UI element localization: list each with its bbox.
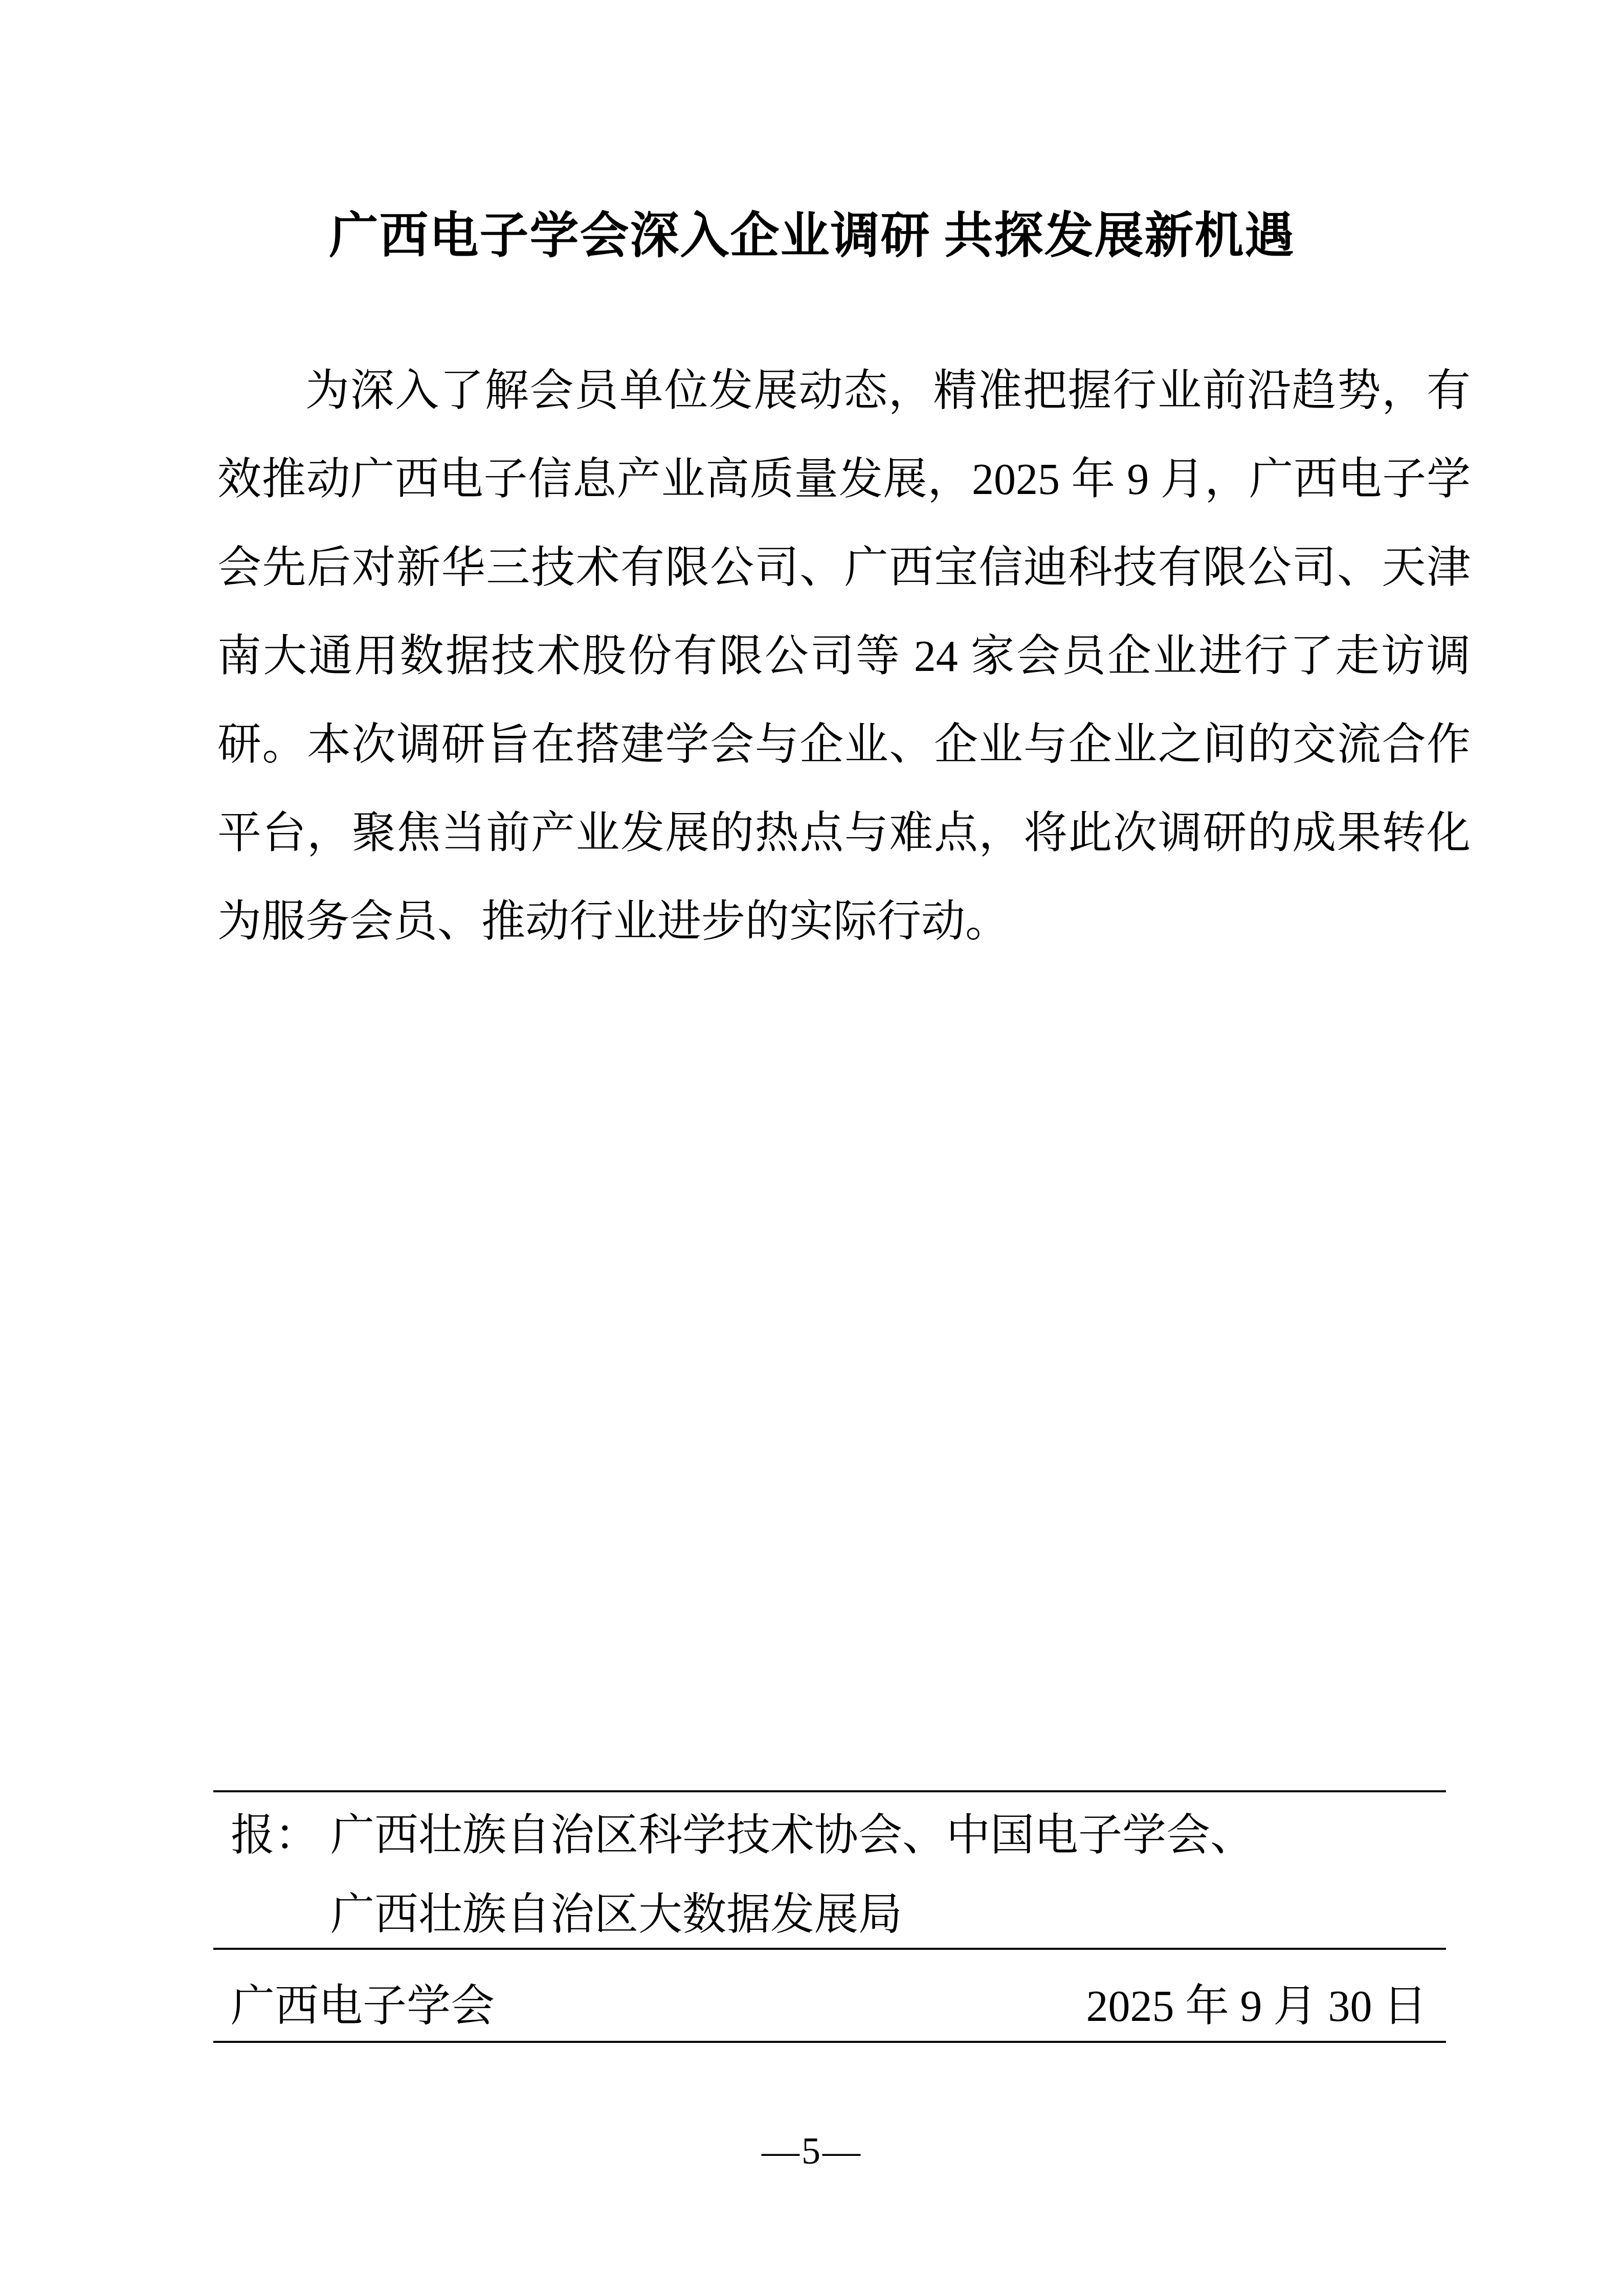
- page-number: —5—: [0, 2128, 1624, 2174]
- body-paragraph: 为深入了解会员单位发展动态，精准把握行业前沿趋势，有效推动广西电子信息产业高质量…: [217, 347, 1471, 966]
- footer-separator-middle: [213, 1948, 1446, 1950]
- copy-to-block: 报： 广西壮族自治区科学技术协会、中国电子学会、 广西壮族自治区大数据发展局: [231, 1796, 1254, 1954]
- footer-separator-bottom: [213, 2041, 1446, 2043]
- issuer-name: 广西电子学会: [231, 1978, 495, 2034]
- copy-to-line-2: 广西壮族自治区大数据发展局: [330, 1875, 1254, 1954]
- footer-separator-top: [213, 1790, 1446, 1792]
- signature-row: 广西电子学会 2025 年 9 月 30 日: [231, 1978, 1427, 2034]
- issue-date: 2025 年 9 月 30 日: [1086, 1978, 1428, 2034]
- document-title: 广西电子学会深入企业调研 共探发展新机遇: [0, 204, 1624, 267]
- copy-to-lines: 广西壮族自治区科学技术协会、中国电子学会、 广西壮族自治区大数据发展局: [330, 1796, 1254, 1954]
- copy-to-label: 报：: [231, 1796, 330, 1875]
- document-page: 广西电子学会深入企业调研 共探发展新机遇 为深入了解会员单位发展动态，精准把握行…: [0, 0, 1624, 2296]
- copy-to-line-1: 广西壮族自治区科学技术协会、中国电子学会、: [330, 1796, 1254, 1875]
